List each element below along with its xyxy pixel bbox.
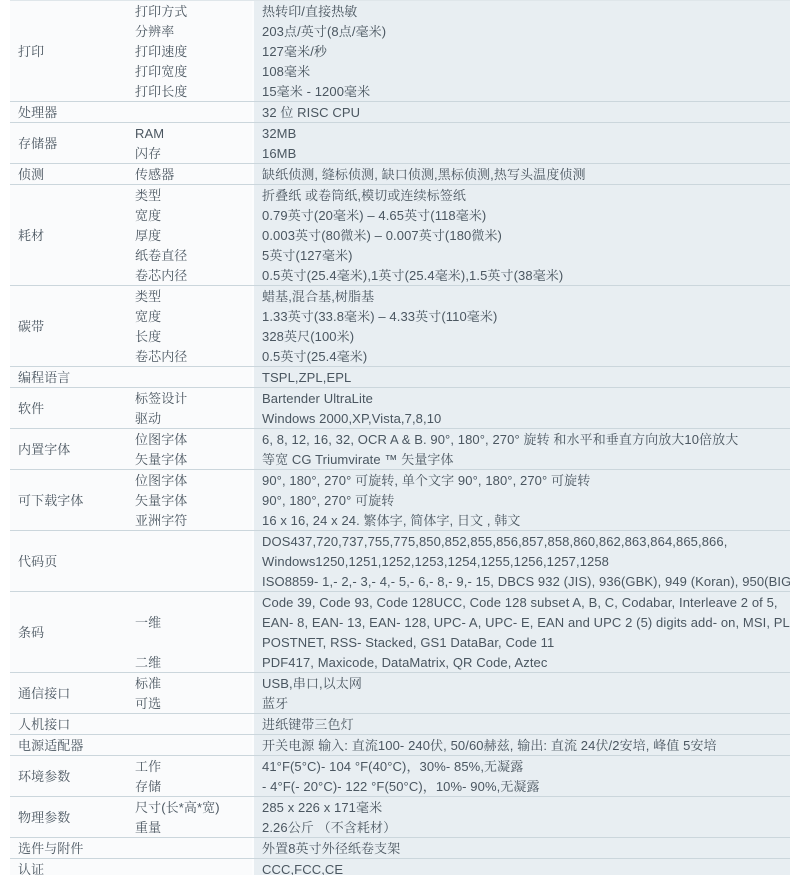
value-line: Code 39, Code 93, Code 128UCC, Code 128 … <box>254 592 790 612</box>
value-line: 1.33英寸(33.8毫米) – 4.33英寸(110毫米) <box>254 306 790 326</box>
value-line: 折叠纸 或卷筒纸,模切或连续标签纸 <box>254 185 790 205</box>
spec-section: 耗材类型折叠纸 或卷筒纸,模切或连续标签纸宽度0.79英寸(20毫米) – 4.… <box>10 184 790 285</box>
category-cell: 处理器 <box>10 102 128 122</box>
value-cell: 0.79英寸(20毫米) – 4.65英寸(118毫米) <box>252 205 790 225</box>
sub-label-cell: 矢量字体 <box>128 449 252 469</box>
category-label: 存储器 <box>18 137 57 150</box>
value-cell: 5英寸(127毫米) <box>252 245 790 265</box>
value-cell: 6, 8, 12, 16, 32, OCR A & B. 90°, 180°, … <box>252 429 790 449</box>
value-line: 90°, 180°, 270° 可旋转 <box>254 490 790 510</box>
sub-label: 卷芯内径 <box>135 350 187 363</box>
category-label: 软件 <box>18 402 44 415</box>
sub-label: 宽度 <box>135 310 161 323</box>
category-cell: 耗材 <box>10 185 128 285</box>
spec-row: RAM32MB <box>128 123 790 143</box>
value-text: 90°, 180°, 270° 可旋转, 单个文字 90°, 180°, 270… <box>262 474 590 487</box>
spec-row: 位图字体6, 8, 12, 16, 32, OCR A & B. 90°, 18… <box>128 429 790 449</box>
spec-row: 工作41°F(5°C)- 104 °F(40°C)，30%- 85%,无凝露 <box>128 756 790 776</box>
value-cell: 进纸键带三色灯 <box>252 714 790 734</box>
value-cell: Code 39, Code 93, Code 128UCC, Code 128 … <box>252 592 790 652</box>
spec-row: 32 位 RISC CPU <box>128 102 790 122</box>
sub-label: 传感器 <box>135 168 174 181</box>
sub-label: 打印长度 <box>135 85 187 98</box>
value-cell: 16 x 16, 24 x 24. 繁体字, 简体字, 日文 , 韩文 <box>252 510 790 530</box>
value-line: 蓝牙 <box>254 693 790 713</box>
sub-label-cell: 打印方式 <box>128 1 252 21</box>
value-line: 2.26公斤 （不含耗材） <box>254 817 790 837</box>
value-line: 328英尺(100米) <box>254 326 790 346</box>
value-line: 5英寸(127毫米) <box>254 245 790 265</box>
spec-row: 宽度1.33英寸(33.8毫米) – 4.33英寸(110毫米) <box>128 306 790 326</box>
value-text: 127毫米/秒 <box>262 45 327 58</box>
spec-row: 类型蜡基,混合基,树脂基 <box>128 286 790 306</box>
value-line: 进纸键带三色灯 <box>254 714 790 734</box>
category-label: 环境参数 <box>18 770 70 783</box>
category-cell: 存储器 <box>10 123 128 163</box>
spec-section: 通信接口标准USB,串口,以太网可选蓝牙 <box>10 672 790 713</box>
value-text: TSPL,ZPL,EPL <box>262 371 351 384</box>
value-line: 0.79英寸(20毫米) – 4.65英寸(118毫米) <box>254 205 790 225</box>
sub-label-cell: 打印速度 <box>128 41 252 61</box>
spec-row: 打印宽度108毫米 <box>128 61 790 81</box>
spec-row: CCC,FCC,CE <box>128 859 790 875</box>
spec-section: 选件与附件外置8英寸外径纸卷支架 <box>10 837 790 858</box>
category-cell: 碳带 <box>10 286 128 366</box>
sub-label-cell <box>128 735 252 755</box>
sub-label-cell <box>128 102 252 122</box>
sub-label-cell <box>128 531 252 591</box>
rows-wrap: RAM32MB闪存16MB <box>128 123 790 163</box>
rows-wrap: 类型折叠纸 或卷筒纸,模切或连续标签纸宽度0.79英寸(20毫米) – 4.65… <box>128 185 790 285</box>
value-line: 0.003英寸(80微米) – 0.007英寸(180微米) <box>254 225 790 245</box>
value-text: 15毫米 - 1200毫米 <box>262 85 370 98</box>
category-label: 条码 <box>18 626 44 639</box>
sub-label-cell: 重量 <box>128 817 252 837</box>
value-cell: 热转印/直接热敏 <box>252 1 790 21</box>
value-line: 32MB <box>254 123 790 143</box>
spec-row: 标签设计Bartender UltraLite <box>128 388 790 408</box>
value-text: Windows1250,1251,1252,1253,1254,1255,125… <box>262 555 609 568</box>
value-text: POSTNET, RSS- Stacked, GS1 DataBar, Code… <box>262 636 554 649</box>
category-cell: 侦测 <box>10 164 128 184</box>
sub-label: 分辨率 <box>135 25 174 38</box>
category-label: 通信接口 <box>18 687 70 700</box>
spec-section: 内置字体位图字体6, 8, 12, 16, 32, OCR A & B. 90°… <box>10 428 790 469</box>
sub-label-cell: 类型 <box>128 286 252 306</box>
sub-label-cell: 位图字体 <box>128 429 252 449</box>
category-label: 打印 <box>18 45 44 58</box>
spec-row: 矢量字体90°, 180°, 270° 可旋转 <box>128 490 790 510</box>
value-text: 等宽 CG Triumvirate ™ 矢量字体 <box>262 453 454 466</box>
sub-label-cell: 传感器 <box>128 164 252 184</box>
spec-section: 打印打印方式热转印/直接热敏分辨率203点/英寸(8点/毫米)打印速度127毫米… <box>10 1 790 101</box>
value-line: EAN- 8, EAN- 13, EAN- 128, UPC- A, UPC- … <box>254 612 790 632</box>
category-cell: 代码页 <box>10 531 128 591</box>
value-cell: 127毫米/秒 <box>252 41 790 61</box>
spec-row: 亚洲字符16 x 16, 24 x 24. 繁体字, 简体字, 日文 , 韩文 <box>128 510 790 530</box>
value-line: 0.5英寸(25.4毫米),1英寸(25.4毫米),1.5英寸(38毫米) <box>254 265 790 285</box>
value-line: 16MB <box>254 143 790 163</box>
sub-label-cell: 亚洲字符 <box>128 510 252 530</box>
value-text: 108毫米 <box>262 65 310 78</box>
category-cell: 可下载字体 <box>10 470 128 530</box>
value-cell: PDF417, Maxicode, DataMatrix, QR Code, A… <box>252 652 790 672</box>
sub-label-cell: 纸卷直径 <box>128 245 252 265</box>
sub-label-cell: 宽度 <box>128 306 252 326</box>
rows-wrap: 位图字体6, 8, 12, 16, 32, OCR A & B. 90°, 18… <box>128 429 790 469</box>
value-text: 0.003英寸(80微米) – 0.007英寸(180微米) <box>262 229 502 242</box>
rows-wrap: 一维Code 39, Code 93, Code 128UCC, Code 12… <box>128 592 790 672</box>
value-text: DOS437,720,737,755,775,850,852,855,856,8… <box>262 535 727 548</box>
sub-label-cell: 闪存 <box>128 143 252 163</box>
spec-row: DOS437,720,737,755,775,850,852,855,856,8… <box>128 531 790 591</box>
rows-wrap: 尺寸(长*高*宽)285 x 226 x 171毫米重量2.26公斤 （不含耗材… <box>128 797 790 837</box>
category-cell: 软件 <box>10 388 128 428</box>
spec-row: 打印方式热转印/直接热敏 <box>128 1 790 21</box>
category-cell: 电源适配器 <box>10 735 128 755</box>
spec-section: 认证CCC,FCC,CE <box>10 858 790 875</box>
value-text: 32 位 RISC CPU <box>262 106 360 119</box>
spec-row: 一维Code 39, Code 93, Code 128UCC, Code 12… <box>128 592 790 652</box>
value-text: ISO8859- 1,- 2,- 3,- 4,- 5,- 6,- 8,- 9,-… <box>262 575 790 588</box>
value-cell: 32 位 RISC CPU <box>252 102 790 122</box>
value-cell: 0.5英寸(25.4毫米) <box>252 346 790 366</box>
rows-wrap: 32 位 RISC CPU <box>128 102 790 122</box>
spec-section: 物理参数尺寸(长*高*宽)285 x 226 x 171毫米重量2.26公斤 （… <box>10 796 790 837</box>
value-line: 0.5英寸(25.4毫米) <box>254 346 790 366</box>
spec-page: 打印打印方式热转印/直接热敏分辨率203点/英寸(8点/毫米)打印速度127毫米… <box>0 0 790 875</box>
sub-label: RAM <box>135 127 164 140</box>
sub-label-cell: 驱动 <box>128 408 252 428</box>
value-text: PDF417, Maxicode, DataMatrix, QR Code, A… <box>262 656 547 669</box>
value-line: 6, 8, 12, 16, 32, OCR A & B. 90°, 180°, … <box>254 429 790 449</box>
value-line: PDF417, Maxicode, DataMatrix, QR Code, A… <box>254 652 790 672</box>
sub-label: 类型 <box>135 290 161 303</box>
value-line: 热转印/直接热敏 <box>254 1 790 21</box>
value-line: Bartender UltraLite <box>254 388 790 408</box>
value-cell: - 4°F(- 20°C)- 122 °F(50°C)，10%- 90%,无凝露 <box>252 776 790 796</box>
sub-label: 闪存 <box>135 147 161 160</box>
value-cell: USB,串口,以太网 <box>252 673 790 693</box>
sub-label-cell: 长度 <box>128 326 252 346</box>
sub-label-cell: 类型 <box>128 185 252 205</box>
value-text: 外置8英寸外径纸卷支架 <box>262 842 400 855</box>
value-cell: 32MB <box>252 123 790 143</box>
sub-label: 标签设计 <box>135 392 187 405</box>
rows-wrap: 传感器缺纸侦测, 缝标侦测, 缺口侦测,黑标侦测,热写头温度侦测 <box>128 164 790 184</box>
sub-label-cell: 打印长度 <box>128 81 252 101</box>
value-text: 2.26公斤 （不含耗材） <box>262 821 396 834</box>
value-cell: 15毫米 - 1200毫米 <box>252 81 790 101</box>
value-line: 90°, 180°, 270° 可旋转, 单个文字 90°, 180°, 270… <box>254 470 790 490</box>
spec-row: 二维PDF417, Maxicode, DataMatrix, QR Code,… <box>128 652 790 672</box>
value-cell: 90°, 180°, 270° 可旋转, 单个文字 90°, 180°, 270… <box>252 470 790 490</box>
spec-table: 打印打印方式热转印/直接热敏分辨率203点/英寸(8点/毫米)打印速度127毫米… <box>10 0 790 875</box>
value-text: 32MB <box>262 127 296 140</box>
value-cell: 285 x 226 x 171毫米 <box>252 797 790 817</box>
sub-label-cell: 存储 <box>128 776 252 796</box>
spec-row: 重量2.26公斤 （不含耗材） <box>128 817 790 837</box>
sub-label-cell: 工作 <box>128 756 252 776</box>
sub-label-cell: 分辨率 <box>128 21 252 41</box>
rows-wrap: 工作41°F(5°C)- 104 °F(40°C)，30%- 85%,无凝露存储… <box>128 756 790 796</box>
rows-wrap: 进纸键带三色灯 <box>128 714 790 734</box>
value-cell: TSPL,ZPL,EPL <box>252 367 790 387</box>
spec-section: 碳带类型蜡基,混合基,树脂基宽度1.33英寸(33.8毫米) – 4.33英寸(… <box>10 285 790 366</box>
category-cell: 打印 <box>10 1 128 101</box>
value-line: 108毫米 <box>254 61 790 81</box>
value-line: 15毫米 - 1200毫米 <box>254 81 790 101</box>
spec-row: 开关电源 输入: 直流100- 240伏, 50/60赫兹, 输出: 直流 24… <box>128 735 790 755</box>
value-line: 41°F(5°C)- 104 °F(40°C)，30%- 85%,无凝露 <box>254 756 790 776</box>
spec-section: 电源适配器开关电源 输入: 直流100- 240伏, 50/60赫兹, 输出: … <box>10 734 790 755</box>
spec-row: 卷芯内径0.5英寸(25.4毫米) <box>128 346 790 366</box>
category-label: 耗材 <box>18 229 44 242</box>
value-text: 热转印/直接热敏 <box>262 5 357 18</box>
category-label: 代码页 <box>18 555 57 568</box>
spec-row: 尺寸(长*高*宽)285 x 226 x 171毫米 <box>128 797 790 817</box>
sub-label: 亚洲字符 <box>135 514 187 527</box>
spec-row: TSPL,ZPL,EPL <box>128 367 790 387</box>
sub-label-cell: 卷芯内径 <box>128 265 252 285</box>
category-label: 处理器 <box>18 106 57 119</box>
value-cell: 折叠纸 或卷筒纸,模切或连续标签纸 <box>252 185 790 205</box>
spec-section: 条码一维Code 39, Code 93, Code 128UCC, Code … <box>10 591 790 672</box>
value-text: 90°, 180°, 270° 可旋转 <box>262 494 394 507</box>
category-label: 可下载字体 <box>18 494 84 507</box>
value-line: CCC,FCC,CE <box>254 859 790 875</box>
sub-label-cell: 位图字体 <box>128 470 252 490</box>
spec-section: 软件标签设计Bartender UltraLite驱动Windows 2000,… <box>10 387 790 428</box>
category-cell: 通信接口 <box>10 673 128 713</box>
value-text: 蜡基,混合基,树脂基 <box>262 290 374 303</box>
value-line: POSTNET, RSS- Stacked, GS1 DataBar, Code… <box>254 632 790 652</box>
sub-label-cell: 可选 <box>128 693 252 713</box>
sub-label: 可选 <box>135 697 161 710</box>
value-cell: 203点/英寸(8点/毫米) <box>252 21 790 41</box>
rows-wrap: 位图字体90°, 180°, 270° 可旋转, 单个文字 90°, 180°,… <box>128 470 790 530</box>
sub-label: 纸卷直径 <box>135 249 187 262</box>
sub-label-cell <box>128 367 252 387</box>
value-cell: DOS437,720,737,755,775,850,852,855,856,8… <box>252 531 790 591</box>
spec-row: 外置8英寸外径纸卷支架 <box>128 838 790 858</box>
value-text: Bartender UltraLite <box>262 392 373 405</box>
value-line: ISO8859- 1,- 2,- 3,- 4,- 5,- 6,- 8,- 9,-… <box>254 571 790 591</box>
spec-row: 存储- 4°F(- 20°C)- 122 °F(50°C)，10%- 90%,无… <box>128 776 790 796</box>
value-line: Windows1250,1251,1252,1253,1254,1255,125… <box>254 551 790 571</box>
sub-label: 标准 <box>135 677 161 690</box>
value-text: - 4°F(- 20°C)- 122 °F(50°C)，10%- 90%,无凝露 <box>262 780 540 793</box>
spec-section: 可下载字体位图字体90°, 180°, 270° 可旋转, 单个文字 90°, … <box>10 469 790 530</box>
spec-row: 矢量字体等宽 CG Triumvirate ™ 矢量字体 <box>128 449 790 469</box>
category-label: 物理参数 <box>18 811 70 824</box>
category-cell: 物理参数 <box>10 797 128 837</box>
rows-wrap: 标准USB,串口,以太网可选蓝牙 <box>128 673 790 713</box>
value-text: 折叠纸 或卷筒纸,模切或连续标签纸 <box>262 189 466 202</box>
value-line: 16 x 16, 24 x 24. 繁体字, 简体字, 日文 , 韩文 <box>254 510 790 530</box>
category-cell: 内置字体 <box>10 429 128 469</box>
value-cell: 0.003英寸(80微米) – 0.007英寸(180微米) <box>252 225 790 245</box>
spec-section: 代码页DOS437,720,737,755,775,850,852,855,85… <box>10 530 790 591</box>
sub-label: 工作 <box>135 760 161 773</box>
value-cell: 108毫米 <box>252 61 790 81</box>
category-cell: 选件与附件 <box>10 838 128 858</box>
value-text: USB,串口,以太网 <box>262 677 362 690</box>
value-text: 203点/英寸(8点/毫米) <box>262 25 386 38</box>
sub-label-cell: 厚度 <box>128 225 252 245</box>
spec-row: 闪存16MB <box>128 143 790 163</box>
value-cell: 328英尺(100米) <box>252 326 790 346</box>
sub-label-cell <box>128 859 252 875</box>
category-label: 选件与附件 <box>18 842 84 855</box>
value-text: Code 39, Code 93, Code 128UCC, Code 128 … <box>262 596 778 609</box>
sub-label-cell: 打印宽度 <box>128 61 252 81</box>
spec-row: 进纸键带三色灯 <box>128 714 790 734</box>
value-text: 0.79英寸(20毫米) – 4.65英寸(118毫米) <box>262 209 486 222</box>
category-label: 编程语言 <box>18 371 70 384</box>
value-line: 开关电源 输入: 直流100- 240伏, 50/60赫兹, 输出: 直流 24… <box>254 735 790 755</box>
value-text: 1.33英寸(33.8毫米) – 4.33英寸(110毫米) <box>262 310 497 323</box>
value-line: 等宽 CG Triumvirate ™ 矢量字体 <box>254 449 790 469</box>
value-line: 外置8英寸外径纸卷支架 <box>254 838 790 858</box>
sub-label: 存储 <box>135 780 161 793</box>
sub-label: 厚度 <box>135 229 161 242</box>
rows-wrap: 标签设计Bartender UltraLite驱动Windows 2000,XP… <box>128 388 790 428</box>
value-cell: 缺纸侦测, 缝标侦测, 缺口侦测,黑标侦测,热写头温度侦测 <box>252 164 790 184</box>
value-text: 0.5英寸(25.4毫米) <box>262 350 367 363</box>
value-text: 蓝牙 <box>262 697 288 710</box>
spec-section: 人机接口进纸键带三色灯 <box>10 713 790 734</box>
value-line: 缺纸侦测, 缝标侦测, 缺口侦测,黑标侦测,热写头温度侦测 <box>254 164 790 184</box>
spec-row: 可选蓝牙 <box>128 693 790 713</box>
category-label: 内置字体 <box>18 443 70 456</box>
spec-section: 编程语言TSPL,ZPL,EPL <box>10 366 790 387</box>
value-line: DOS437,720,737,755,775,850,852,855,856,8… <box>254 531 790 551</box>
sub-label-cell: 尺寸(长*高*宽) <box>128 797 252 817</box>
value-text: 进纸键带三色灯 <box>262 718 354 731</box>
sub-label-cell: 卷芯内径 <box>128 346 252 366</box>
value-text: 5英寸(127毫米) <box>262 249 353 262</box>
category-cell: 环境参数 <box>10 756 128 796</box>
sub-label: 宽度 <box>135 209 161 222</box>
value-cell: 16MB <box>252 143 790 163</box>
sub-label: 打印速度 <box>135 45 187 58</box>
spec-row: 长度328英尺(100米) <box>128 326 790 346</box>
value-text: 0.5英寸(25.4毫米),1英寸(25.4毫米),1.5英寸(38毫米) <box>262 269 563 282</box>
value-cell: Windows 2000,XP,Vista,7,8,10 <box>252 408 790 428</box>
category-cell: 人机接口 <box>10 714 128 734</box>
rows-wrap: DOS437,720,737,755,775,850,852,855,856,8… <box>128 531 790 591</box>
value-line: - 4°F(- 20°C)- 122 °F(50°C)，10%- 90%,无凝露 <box>254 776 790 796</box>
spec-row: 厚度0.003英寸(80微米) – 0.007英寸(180微米) <box>128 225 790 245</box>
value-text: 41°F(5°C)- 104 °F(40°C)，30%- 85%,无凝露 <box>262 760 523 773</box>
value-cell: 1.33英寸(33.8毫米) – 4.33英寸(110毫米) <box>252 306 790 326</box>
value-text: 6, 8, 12, 16, 32, OCR A & B. 90°, 180°, … <box>262 433 738 446</box>
value-text: 328英尺(100米) <box>262 330 354 343</box>
value-line: USB,串口,以太网 <box>254 673 790 693</box>
category-label: 电源适配器 <box>18 739 84 752</box>
value-line: 127毫米/秒 <box>254 41 790 61</box>
value-text: 16MB <box>262 147 296 160</box>
spec-section: 侦测传感器缺纸侦测, 缝标侦测, 缺口侦测,黑标侦测,热写头温度侦测 <box>10 163 790 184</box>
sub-label-cell: 矢量字体 <box>128 490 252 510</box>
spec-section: 处理器32 位 RISC CPU <box>10 101 790 122</box>
value-text: EAN- 8, EAN- 13, EAN- 128, UPC- A, UPC- … <box>262 616 790 629</box>
spec-row: 传感器缺纸侦测, 缝标侦测, 缺口侦测,黑标侦测,热写头温度侦测 <box>128 164 790 184</box>
value-cell: 41°F(5°C)- 104 °F(40°C)，30%- 85%,无凝露 <box>252 756 790 776</box>
sub-label-cell: 二维 <box>128 652 252 672</box>
sub-label: 打印方式 <box>135 5 187 18</box>
spec-section: 环境参数工作41°F(5°C)- 104 °F(40°C)，30%- 85%,无… <box>10 755 790 796</box>
sub-label: 位图字体 <box>135 433 187 446</box>
sub-label-cell: 一维 <box>128 592 252 652</box>
category-cell: 认证 <box>10 859 128 875</box>
value-cell: 2.26公斤 （不含耗材） <box>252 817 790 837</box>
spec-section: 存储器RAM32MB闪存16MB <box>10 122 790 163</box>
value-line: 285 x 226 x 171毫米 <box>254 797 790 817</box>
category-label: 碳带 <box>18 320 44 333</box>
value-line: 32 位 RISC CPU <box>254 102 790 122</box>
spec-row: 打印长度15毫米 - 1200毫米 <box>128 81 790 101</box>
sub-label-cell: 宽度 <box>128 205 252 225</box>
sub-label: 矢量字体 <box>135 453 187 466</box>
sub-label-cell <box>128 838 252 858</box>
value-line: TSPL,ZPL,EPL <box>254 367 790 387</box>
category-label: 认证 <box>18 863 44 875</box>
rows-wrap: 开关电源 输入: 直流100- 240伏, 50/60赫兹, 输出: 直流 24… <box>128 735 790 755</box>
sub-label: 卷芯内径 <box>135 269 187 282</box>
category-label: 侦测 <box>18 168 44 181</box>
spec-row: 位图字体90°, 180°, 270° 可旋转, 单个文字 90°, 180°,… <box>128 470 790 490</box>
rows-wrap: 类型蜡基,混合基,树脂基宽度1.33英寸(33.8毫米) – 4.33英寸(11… <box>128 286 790 366</box>
sub-label: 二维 <box>135 656 161 669</box>
category-cell: 条码 <box>10 592 128 672</box>
sub-label-cell: 标准 <box>128 673 252 693</box>
value-cell: CCC,FCC,CE <box>252 859 790 875</box>
value-text: Windows 2000,XP,Vista,7,8,10 <box>262 412 441 425</box>
sub-label-cell <box>128 714 252 734</box>
spec-row: 打印速度127毫米/秒 <box>128 41 790 61</box>
spec-row: 标准USB,串口,以太网 <box>128 673 790 693</box>
spec-row: 驱动Windows 2000,XP,Vista,7,8,10 <box>128 408 790 428</box>
sub-label: 类型 <box>135 189 161 202</box>
value-text: 16 x 16, 24 x 24. 繁体字, 简体字, 日文 , 韩文 <box>262 514 521 527</box>
value-cell: 蜡基,混合基,树脂基 <box>252 286 790 306</box>
spec-row: 分辨率203点/英寸(8点/毫米) <box>128 21 790 41</box>
rows-wrap: 外置8英寸外径纸卷支架 <box>128 838 790 858</box>
sub-label: 位图字体 <box>135 474 187 487</box>
sub-label: 矢量字体 <box>135 494 187 507</box>
spec-row: 宽度0.79英寸(20毫米) – 4.65英寸(118毫米) <box>128 205 790 225</box>
value-text: 缺纸侦测, 缝标侦测, 缺口侦测,黑标侦测,热写头温度侦测 <box>262 168 586 181</box>
value-cell: 等宽 CG Triumvirate ™ 矢量字体 <box>252 449 790 469</box>
rows-wrap: TSPL,ZPL,EPL <box>128 367 790 387</box>
value-cell: 0.5英寸(25.4毫米),1英寸(25.4毫米),1.5英寸(38毫米) <box>252 265 790 285</box>
sub-label-cell: 标签设计 <box>128 388 252 408</box>
value-cell: 蓝牙 <box>252 693 790 713</box>
sub-label: 一维 <box>135 616 161 629</box>
sub-label: 打印宽度 <box>135 65 187 78</box>
value-cell: Bartender UltraLite <box>252 388 790 408</box>
value-text: CCC,FCC,CE <box>262 863 343 875</box>
value-cell: 外置8英寸外径纸卷支架 <box>252 838 790 858</box>
value-line: 蜡基,混合基,树脂基 <box>254 286 790 306</box>
value-cell: 开关电源 输入: 直流100- 240伏, 50/60赫兹, 输出: 直流 24… <box>252 735 790 755</box>
sub-label: 尺寸(长*高*宽) <box>135 801 220 814</box>
value-text: 285 x 226 x 171毫米 <box>262 801 382 814</box>
rows-wrap: 打印方式热转印/直接热敏分辨率203点/英寸(8点/毫米)打印速度127毫米/秒… <box>128 1 790 101</box>
sub-label-cell: RAM <box>128 123 252 143</box>
